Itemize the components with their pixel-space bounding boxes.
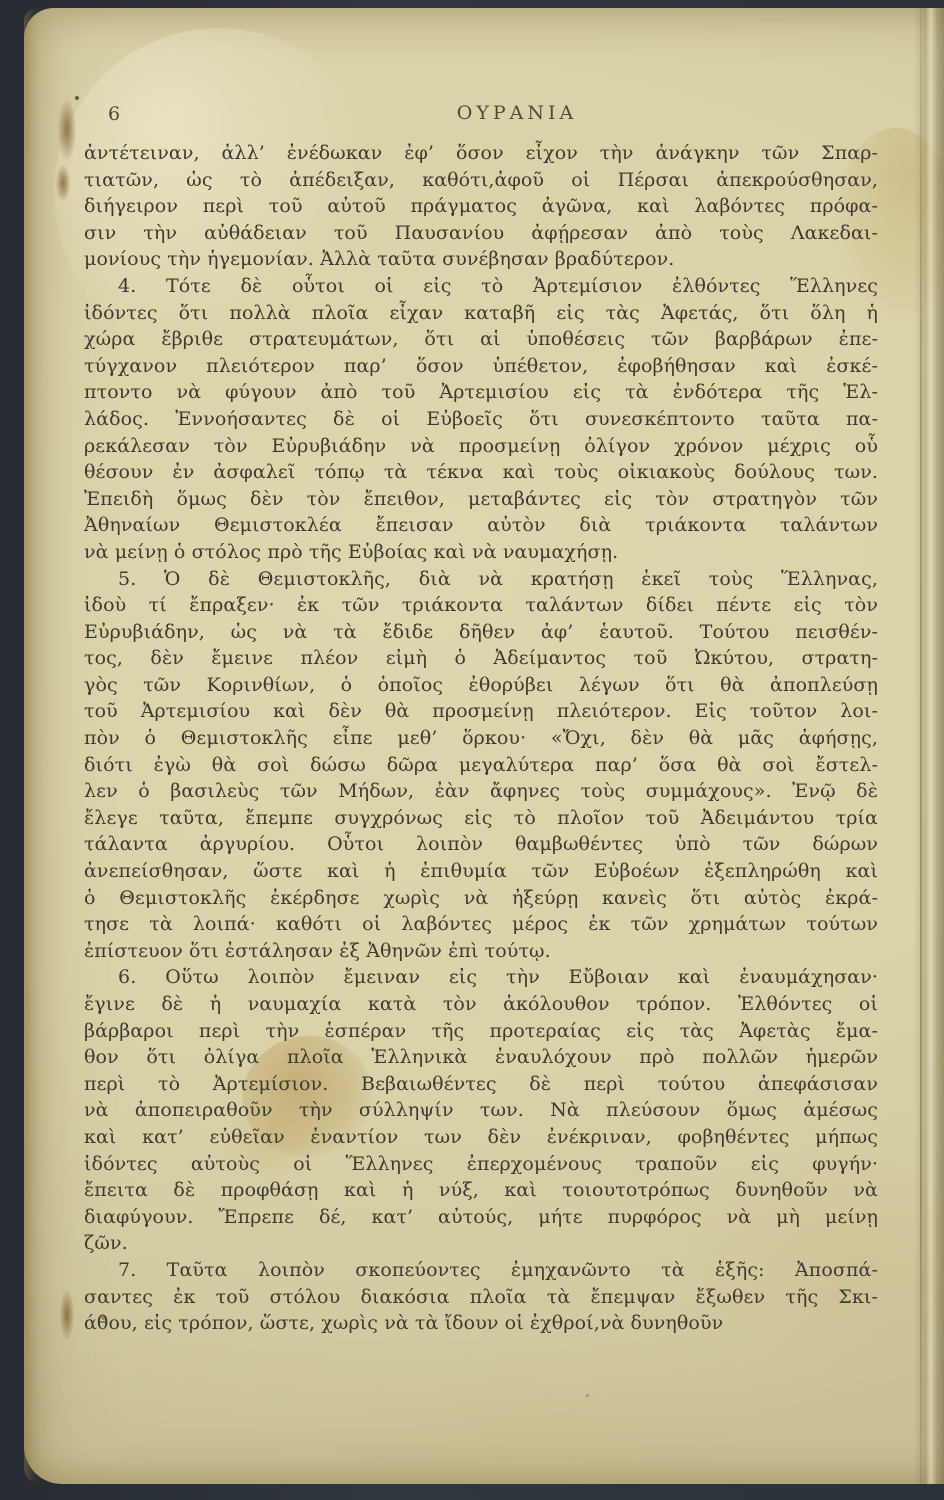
text-line: περὶ τὸ Ἀρτεμίσιον. Βεβαιωθέντες δὲ περὶ… [84, 1071, 878, 1098]
paragraph: ἀντέτειναν, ἀλλ’ ἐνέδωκαν ἐφ’ ὅσον εἶχον… [84, 140, 878, 273]
text-line: άθου, εἰς τρόπον, ὥστε, χωρὶς νὰ τὰ ἴδου… [84, 1310, 878, 1337]
paragraph: 4. Τότε δὲ οὗτοι οἱ εἰς τὸ Ἀρτεμίσιον ἐλ… [84, 273, 878, 566]
text-line: λάδος. Ἐννοήσαντες δὲ οἱ Εὐβοεῖς ὅτι συν… [84, 406, 878, 433]
edge-blotch [60, 1290, 74, 1340]
running-title: ΟΥΡΑΝΙΑ [120, 102, 914, 124]
text-line: καὶ κατ’ εὐθεῖαν ἐναντίον των δὲν ἐνέκρι… [84, 1124, 878, 1151]
text-line: Εὐρυβιάδην, ὡς νὰ τὰ ἔδιδε δῆθεν ἀφ’ ἑαυ… [84, 619, 878, 646]
binding-gutter [914, 8, 944, 1484]
gutter-crease-line [920, 8, 922, 1484]
text-line: σαντες ἐκ τοῦ στόλου διακόσια πλοῖα τὰ ἔ… [84, 1284, 878, 1311]
text-line: ἀνεπείσθησαν, ὥστε καὶ ἡ ἐπιθυμία τῶν Εὐ… [84, 858, 878, 885]
running-header: 6 ΟΥΡΑΝΙΑ [84, 101, 878, 129]
text-line: 5. Ὁ δὲ Θεμιστοκλῆς, διὰ νὰ κρατήσῃ ἐκεῖ… [84, 566, 878, 593]
text-line: 4. Τότε δὲ οὗτοι οἱ εἰς τὸ Ἀρτεμίσιον ἐλ… [84, 273, 878, 300]
text-line: τύγχανον πλειότερον παρ’ ὅσον ὑπέθετον, … [84, 353, 878, 380]
text-line: πτοντο νὰ φύγουν ἀπὸ τοῦ Ἀρτεμισίου εἰς … [84, 379, 878, 406]
text-line: τος, δὲν ἔμεινε πλέον εἰμὴ ὁ Ἀδείμαντος … [84, 645, 878, 672]
text-line: διήγειρον περὶ τοῦ αὐτοῦ πράγματος ἀγῶνα… [84, 193, 878, 220]
text-line: ὁ Θεμιστοκλῆς ἐκέρδησε χωρὶς νὰ ἠξεύρῃ κ… [84, 885, 878, 912]
scan-background: 6 ΟΥΡΑΝΙΑ ἀντέτειναν, ἀλλ’ ἐνέδωκαν ἐφ’ … [0, 0, 944, 1500]
text-line: διαφύγουν. Ἔπρεπε δέ, κατ’ αὐτούς, μήτε … [84, 1204, 878, 1231]
text-line: ἔλεγε ταῦτα, ἔπεμπε συγχρόνως εἰς τὸ πλο… [84, 805, 878, 832]
text-line: ἔγινε δὲ ἡ ναυμαχία κατὰ τὸν ἀκόλουθον τ… [84, 991, 878, 1018]
text-line: ἰδόντες ὅτι πολλὰ πλοῖα εἶχαν καταβῆ εἰς… [84, 300, 878, 327]
text-line: ἰδοὺ τί ἔπραξεν· ἐκ τῶν τριάκοντα ταλάντ… [84, 592, 878, 619]
text-line: ἔπειτα δὲ προφθάσῃ καὶ ἡ νύξ, καὶ τοιουτ… [84, 1177, 878, 1204]
text-line: βάρβαροι περὶ τὴν ἑσπέραν τῆς προτεραίας… [84, 1018, 878, 1045]
text-line: ζῶν. [84, 1230, 878, 1257]
edge-blotch [56, 165, 70, 201]
text-line: θέσουν ἐν ἀσφαλεῖ τόπῳ τὰ τέκνα καὶ τοὺς… [84, 459, 878, 486]
text-line: ρεκάλεσαν τὸν Εὐρυβιάδην νὰ προσμείνῃ ὀλ… [84, 433, 878, 460]
text-line: 7. Ταῦτα λοιπὸν σκοπεύοντες ἐμηχανῶντο τ… [84, 1257, 878, 1284]
text-line: Ἀθηναίων Θεμιστοκλέα ἔπεισαν αὐτὸν διὰ τ… [84, 512, 878, 539]
text-line: χώρα ἔβριθε στρατευμάτων, ὅτι αἱ ὑποθέσε… [84, 326, 878, 353]
page-deckle-edge [24, 8, 40, 1484]
text-line: Ἐπειδὴ ὅμως δὲν τὸν ἔπειθον, μεταβάντες … [84, 486, 878, 513]
text-line: θον ὅτι ὀλίγα πλοῖα Ἑλληνικὰ ἐναυλόχουν … [84, 1044, 878, 1071]
text-block: ἀντέτειναν, ἀλλ’ ἐνέδωκαν ἐφ’ ὅσον εἶχον… [84, 140, 878, 1337]
paragraph: 6. Οὕτω λοιπὸν ἔμειναν εἰς τὴν Εὔβοιαν κ… [84, 964, 878, 1257]
text-line: 6. Οὕτω λοιπὸν ἔμειναν εἰς τὴν Εὔβοιαν κ… [84, 964, 878, 991]
paragraph: 5. Ὁ δὲ Θεμιστοκλῆς, διὰ νὰ κρατήσῃ ἐκεῖ… [84, 566, 878, 965]
text-line: ἀντέτειναν, ἀλλ’ ἐνέδωκαν ἐφ’ ὅσον εἶχον… [84, 140, 878, 167]
text-line: πὸν ὁ Θεμιστοκλῆς εἶπε μεθ’ ὅρκου· «Ὄχι,… [84, 725, 878, 752]
text-line: σιν τὴν αὐθάδειαν τοῦ Παυσανίου ἀφῄρεσαν… [84, 220, 878, 247]
text-line: λεν ὁ βασιλεὺς τῶν Μήδων, ἐὰν ἄφηνες τοὺ… [84, 778, 878, 805]
text-line: τιατῶν, ὡς τὸ ἀπέδειξαν, καθότι,ἀφοῦ οἱ … [84, 167, 878, 194]
text-line: μονίους τὴν ἡγεμονίαν. Ἀλλὰ ταῦτα συνέβη… [84, 246, 878, 273]
text-line: ἐπίστευον ὅτι ἐστάλησαν ἐξ Ἀθηνῶν ἐπὶ το… [84, 938, 878, 965]
edge-blotch [58, 100, 76, 160]
ink-speck [75, 96, 79, 100]
text-line: νὰ ἀποπειραθοῦν τὴν σύλληψίν των. Νὰ πλε… [84, 1097, 878, 1124]
text-line: τοῦ Ἀρτεμισίου καὶ δὲν θὰ προσμείνῃ πλει… [84, 698, 878, 725]
paragraph: 7. Ταῦτα λοιπὸν σκοπεύοντες ἐμηχανῶντο τ… [84, 1257, 878, 1337]
text-line: γὸς τῶν Κορινθίων, ὁ ὁποῖος ἐθορύβει λέγ… [84, 672, 878, 699]
text-line: διότι ἐγὼ θὰ σοὶ δώσω δῶρα μεγαλύτερα πα… [84, 752, 878, 779]
text-line: τάλαντα ἀργυρίου. Οὗτοι λοιπὸν θαμβωθέντ… [84, 831, 878, 858]
paper-stain [324, 1368, 744, 1488]
text-line: νὰ μείνῃ ὁ στόλος πρὸ τῆς Εὐβοίας καὶ νὰ… [84, 539, 878, 566]
text-line: τησε τὰ λοιπά· καθότι οἱ λαβόντες μέρος … [84, 911, 878, 938]
ink-speck [586, 1394, 589, 1397]
text-line: ἰδόντες αὐτοὺς οἱ Ἕλληνες ἐπερχομένους τ… [84, 1151, 878, 1178]
